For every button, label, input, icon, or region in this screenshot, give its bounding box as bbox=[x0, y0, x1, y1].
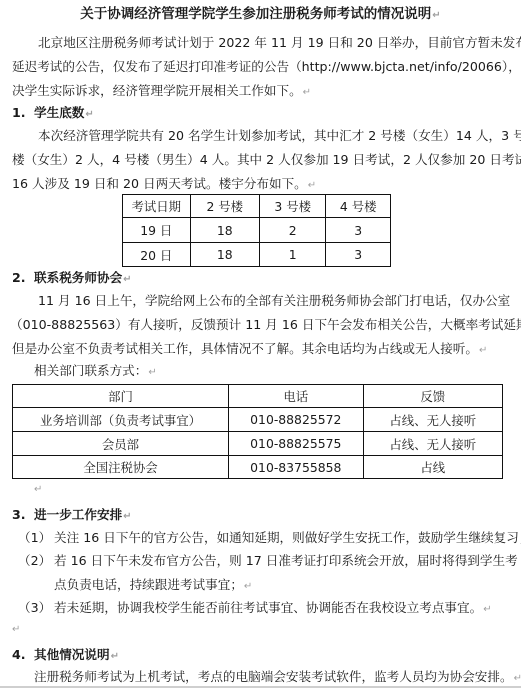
table-header-row: 考试日期 2 号楼 3 号楼 4 号楼 bbox=[123, 195, 391, 218]
table-header-cell: 电话 bbox=[228, 385, 363, 408]
section-1-line-1: 本次经济管理学院共有 20 名学生计划参加考试，其中汇才 2 号楼（女生）14 … bbox=[38, 128, 521, 144]
table-cell: 占线 bbox=[363, 456, 502, 479]
table-cell: 18 bbox=[190, 218, 259, 243]
table-cell: 1 bbox=[259, 243, 325, 267]
intro-line-2: 延迟考试的公告，仅发布了延迟打印准考证的公告（http://www.bjcta.… bbox=[12, 59, 521, 75]
work-item-1: （1）关注 16 日下午的官方公告，如通知延期，则做好学生安抚工作，鼓励学生继续… bbox=[18, 530, 521, 548]
section-1-line-3: 16 人涉及 19 日和 20 日两天考试。楼宇分布如下。↵ bbox=[12, 176, 316, 194]
table-cell: 18 bbox=[190, 243, 259, 267]
table-cell: 010-83755858 bbox=[228, 456, 363, 479]
table-cell: 20 日 bbox=[123, 243, 191, 267]
table-header-cell: 3 号楼 bbox=[259, 195, 325, 218]
table-cell: 010-88825575 bbox=[228, 432, 363, 456]
contacts-table: 部门 电话 反馈 业务培训部（负责考试事宜） 010-88825572 占线、无… bbox=[12, 384, 503, 479]
table-row: 会员部 010-88825575 占线、无人接听 bbox=[13, 432, 503, 456]
table-cell: 会员部 bbox=[13, 432, 229, 456]
table-header-cell: 4 号楼 bbox=[326, 195, 391, 218]
table-header-cell: 考试日期 bbox=[123, 195, 191, 218]
empty-paragraph-mark: ↵ bbox=[12, 624, 20, 635]
table-cell: 2 bbox=[259, 218, 325, 243]
table-cell: 3 bbox=[326, 243, 391, 267]
page-bottom-divider bbox=[0, 686, 521, 688]
section-3-heading: 3.进一步工作安排↵ bbox=[12, 507, 132, 525]
section-2-line-3: 但是办公室不负责考试相关工作，具体情况不了解。其余电话均为占线或无人接听。↵ bbox=[12, 341, 487, 359]
table-cell: 占线、无人接听 bbox=[363, 408, 502, 432]
work-item-2-continued: 点负责电话，持续跟进考试事宜；↵ bbox=[54, 577, 252, 595]
section-1-heading: 1.学生底数↵ bbox=[12, 105, 94, 123]
table-header-cell: 反馈 bbox=[363, 385, 502, 408]
intro-line-1: 北京地区注册税务师考试计划于 2022 年 11 月 19 日和 20 日举办，… bbox=[38, 35, 521, 51]
empty-paragraph-mark: ↵ bbox=[34, 484, 42, 495]
table-row: 业务培训部（负责考试事宜） 010-88825572 占线、无人接听 bbox=[13, 408, 503, 432]
table-header-cell: 2 号楼 bbox=[190, 195, 259, 218]
section-1-line-2: 楼（女生）2 人，4 号楼（男生）4 人。其中 2 人仅参加 19 日考试，2 … bbox=[12, 152, 521, 168]
section-2-line-2: （010-88825563）有人接听，反馈预计 11 月 16 日下午会发布相关… bbox=[10, 317, 521, 333]
section-2-heading: 2.联系税务师协会↵ bbox=[12, 270, 132, 288]
table-cell: 19 日 bbox=[123, 218, 191, 243]
table-cell: 010-88825572 bbox=[228, 408, 363, 432]
table-cell: 业务培训部（负责考试事宜） bbox=[13, 408, 229, 432]
work-item-2: （2）若 16 日下午未发布官方公告，则 17 日准考证打印系统会开放，届时将得… bbox=[18, 553, 518, 569]
table-header-cell: 部门 bbox=[13, 385, 229, 408]
table-row: 19 日 18 2 3 bbox=[123, 218, 391, 243]
table-cell: 3 bbox=[326, 218, 391, 243]
section-2-line-1: 11 月 16 日上午，学院给网上公布的全部有关注册税务师协会部门打电话，仅办公… bbox=[38, 293, 510, 309]
table-row: 全国注税协会 010-83755858 占线 bbox=[13, 456, 503, 479]
table-header-row: 部门 电话 反馈 bbox=[13, 385, 503, 408]
intro-line-3: 决学生实际诉求，经济管理学院开展相关工作如下。↵ bbox=[12, 83, 311, 101]
work-item-3: （3）若未延期，协调我校学生能否前往考试事宜、协调能否在我校设立考点事宜。↵ bbox=[18, 600, 492, 618]
contacts-label: 相关部门联系方式：↵ bbox=[34, 363, 157, 381]
table-cell: 全国注税协会 bbox=[13, 456, 229, 479]
table-row: 20 日 18 1 3 bbox=[123, 243, 391, 267]
section-4-line-1: 注册税务师考试为上机考试，考点的电脑端会安装考试软件，监考人员均为协会安排。↵ bbox=[34, 669, 521, 687]
table-cell: 占线、无人接听 bbox=[363, 432, 502, 456]
document-title: 关于协调经济管理学院学生参加注册税务师考试的情况说明↵ bbox=[0, 6, 521, 24]
building-distribution-table: 考试日期 2 号楼 3 号楼 4 号楼 19 日 18 2 3 20 日 18 … bbox=[122, 194, 391, 267]
section-4-heading: 4.其他情况说明↵ bbox=[12, 647, 119, 665]
